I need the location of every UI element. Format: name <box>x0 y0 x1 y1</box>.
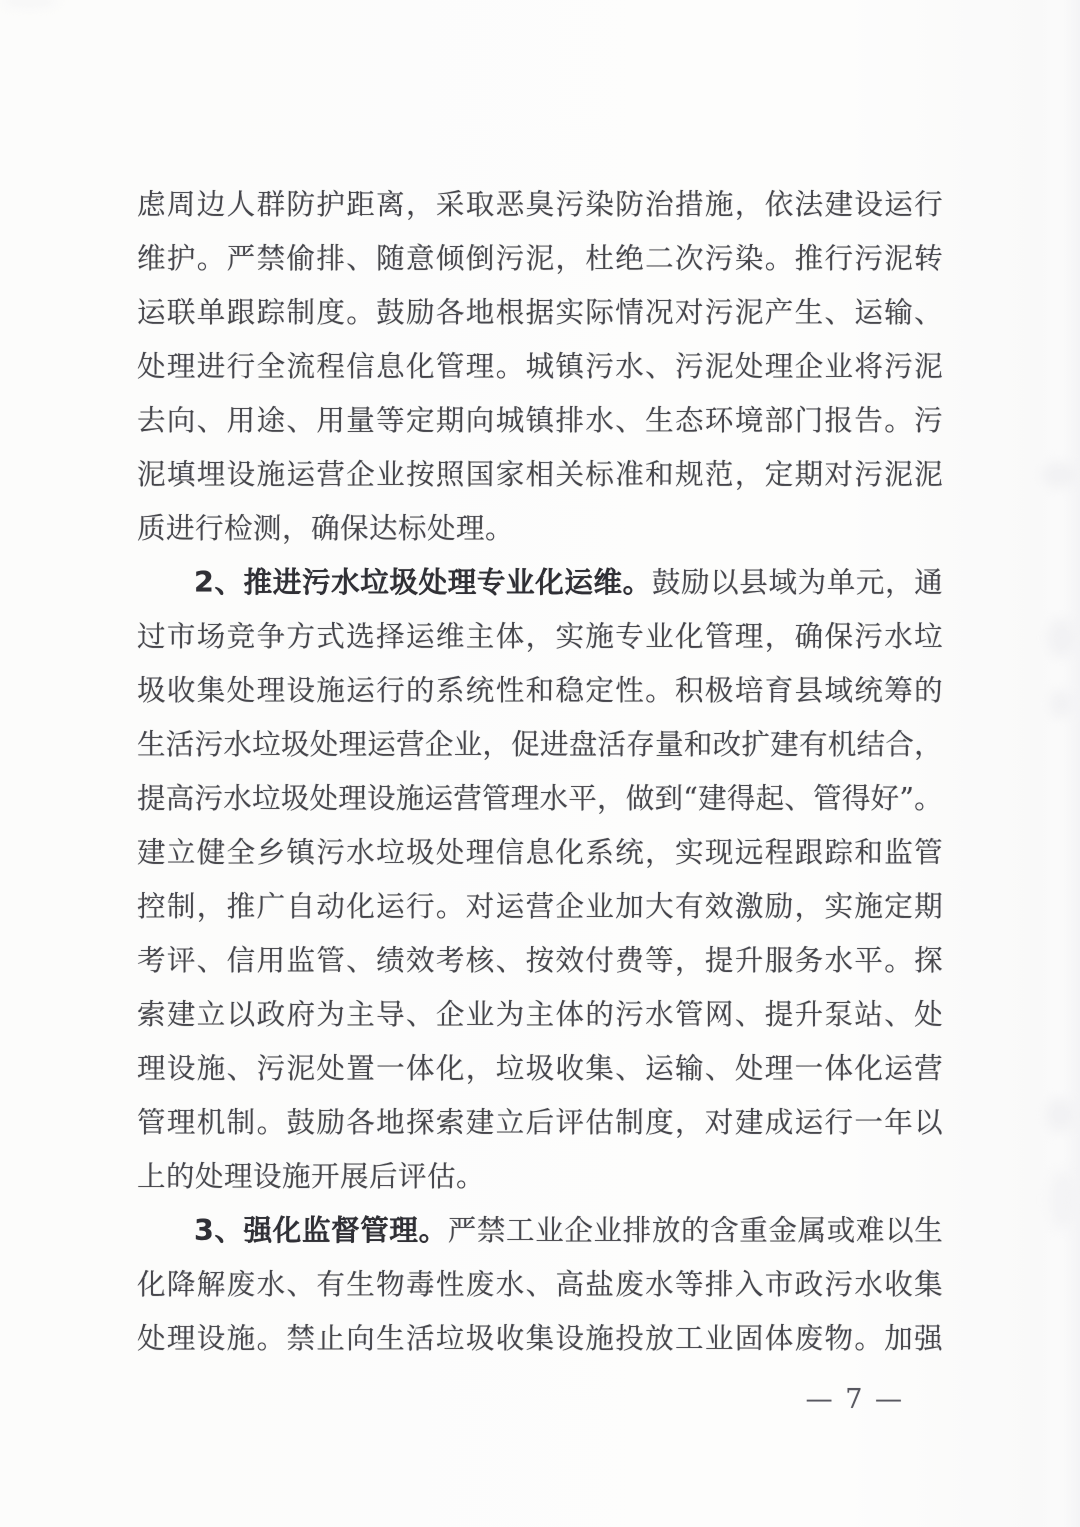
text-run: 上的处理设施开展后评估。 <box>137 1160 485 1193</box>
char: 好 <box>871 780 900 834</box>
char: 评 <box>167 942 196 996</box>
char: 县 <box>739 564 768 618</box>
text-line: 维护。严禁偷排、随意倾倒污泥，杜绝二次污染。推行污泥转 <box>137 240 943 294</box>
char: 废 <box>466 1266 495 1320</box>
char: 各 <box>346 1104 375 1158</box>
char: 重 <box>739 1212 768 1266</box>
char: 期 <box>914 888 943 942</box>
char: 照 <box>436 456 465 510</box>
char: 立 <box>197 996 226 1050</box>
char: 处 <box>735 348 764 402</box>
char: 为 <box>316 996 345 1050</box>
char: 地 <box>466 294 495 348</box>
char: 监 <box>884 834 913 888</box>
char: 对 <box>466 888 495 942</box>
page-number: — 7 — <box>137 1384 904 1415</box>
char: 意 <box>406 240 435 294</box>
scan-artifact <box>0 0 60 6</box>
char: 生 <box>914 1212 943 1266</box>
char: 期 <box>795 456 824 510</box>
char: ” <box>899 780 914 834</box>
char: ， <box>765 618 794 672</box>
bold-char: 垃 <box>360 564 389 618</box>
char: 争 <box>257 618 286 672</box>
char: 升 <box>735 942 764 996</box>
char: 和 <box>526 672 555 726</box>
char: ， <box>675 942 704 996</box>
bold-char: 污 <box>302 564 331 618</box>
bold-char: 处 <box>419 564 448 618</box>
char: 设 <box>854 186 883 240</box>
char: 营 <box>396 726 425 780</box>
char: 乡 <box>257 834 286 888</box>
bold-char: 监 <box>302 1212 331 1266</box>
char: 降 <box>167 1266 196 1320</box>
char: 运 <box>645 1050 674 1104</box>
char: 行 <box>406 888 435 942</box>
char: 联 <box>167 294 196 348</box>
char: 积 <box>675 672 704 726</box>
char: 理 <box>167 1320 196 1374</box>
char: 放 <box>645 1320 674 1374</box>
text-line: 管理机制。鼓励各地探索建立后评估制度，对建成运行一年以 <box>137 1104 943 1158</box>
char: 报 <box>824 402 853 456</box>
char: 排 <box>705 1266 734 1320</box>
scan-edge-shadow <box>1062 0 1080 1527</box>
char: 境 <box>735 402 764 456</box>
char: 严 <box>227 240 256 294</box>
char: 单 <box>197 294 226 348</box>
char: 一 <box>376 1050 405 1104</box>
char: 。 <box>914 780 943 834</box>
char: 实 <box>824 888 853 942</box>
bold-char: 业 <box>506 564 535 618</box>
char: 杜 <box>585 240 614 294</box>
char: 物 <box>824 1320 853 1374</box>
char: 府 <box>286 996 315 1050</box>
char: 实 <box>555 294 584 348</box>
char: 管 <box>675 996 704 1050</box>
char: 进 <box>540 726 569 780</box>
text-line: 去向、用途、用量等定期向城镇排水、生态环境部门报告。污 <box>137 402 943 456</box>
char: 距 <box>346 186 375 240</box>
char: 制 <box>167 888 196 942</box>
char: 鼓 <box>286 1104 315 1158</box>
char: 制 <box>227 1104 256 1158</box>
char: 污 <box>854 240 883 294</box>
char: 水 <box>884 618 913 672</box>
char: 励 <box>681 564 710 618</box>
char: 盘 <box>569 726 598 780</box>
char: 考 <box>137 942 166 996</box>
char: 升 <box>795 996 824 1050</box>
char: 远 <box>735 834 764 888</box>
char: 恶 <box>496 186 525 240</box>
char: 填 <box>167 456 196 510</box>
char: 确 <box>795 618 824 672</box>
char: 鼓 <box>376 294 405 348</box>
char: 处 <box>137 1320 166 1374</box>
char: 管 <box>914 834 943 888</box>
char: 度 <box>645 1104 674 1158</box>
text-line: 过市场竞争方式选择运维主体，实施专业化管理，确保污水垃 <box>137 618 943 672</box>
char: 施 <box>396 780 425 834</box>
char: 量 <box>655 726 684 780</box>
char: 行 <box>376 672 405 726</box>
char: 专 <box>615 618 644 672</box>
bold-char: 化 <box>273 1212 302 1266</box>
char: 业 <box>824 348 853 402</box>
char: 存 <box>626 726 655 780</box>
char: 属 <box>798 1212 827 1266</box>
char: 业 <box>705 1320 734 1374</box>
char: 采 <box>436 186 465 240</box>
char: 污 <box>615 996 644 1050</box>
char: 禁 <box>477 1212 506 1266</box>
char: 生 <box>346 1266 375 1320</box>
scan-artifact <box>1046 1098 1074 1132</box>
char: 设 <box>555 1320 584 1374</box>
char: 理 <box>765 348 794 402</box>
char: 设 <box>286 672 315 726</box>
char: 。 <box>257 1104 286 1158</box>
char: 周 <box>167 186 196 240</box>
char: 、 <box>645 348 674 402</box>
char: 化 <box>346 888 375 942</box>
char: 、 <box>227 1050 256 1104</box>
char: 行 <box>914 186 943 240</box>
char: 准 <box>615 456 644 510</box>
char: 防 <box>286 186 315 240</box>
char: 倒 <box>466 240 495 294</box>
char: 化 <box>137 1266 166 1320</box>
char: 处 <box>310 726 339 780</box>
char: 禁 <box>286 1320 315 1374</box>
char: 企 <box>555 888 584 942</box>
char: 收 <box>884 1266 913 1320</box>
body-text-block: 虑周边人群防护距离，采取恶臭污染防治措施，依法建设运行维护。严禁偷排、随意倾倒污… <box>137 186 943 1374</box>
char: 毒 <box>406 1266 435 1320</box>
char: 染 <box>585 186 614 240</box>
char: 收 <box>167 672 196 726</box>
scan-artifact <box>1048 618 1074 658</box>
char: 处 <box>227 672 256 726</box>
char: 治 <box>645 186 674 240</box>
char: 化 <box>406 348 435 402</box>
char: 。 <box>496 348 525 402</box>
char: 管 <box>137 1104 166 1158</box>
char: 育 <box>765 672 794 726</box>
char: 以 <box>914 1104 943 1158</box>
char: 健 <box>197 834 226 888</box>
char: 理 <box>137 1050 166 1104</box>
text-line: 索建立以政府为主导、企业为主体的污水管网、提升泵站、处 <box>137 996 943 1050</box>
char: 处 <box>316 1050 345 1104</box>
char: 、 <box>615 1050 644 1104</box>
char: 染 <box>735 240 764 294</box>
char: 、 <box>824 294 853 348</box>
char: 防 <box>615 186 644 240</box>
text-line: 建立健全乡镇污水垃圾处理信息化系统，实现远程跟踪和监管 <box>137 834 943 888</box>
char: 化 <box>555 834 584 888</box>
char: 运 <box>854 294 883 348</box>
char: 垃 <box>914 618 943 672</box>
text-line: 2、推进污水垃圾处理专业化运维。鼓励以县域为单元，通 <box>137 564 943 618</box>
bold-char: 2 <box>194 564 214 618</box>
char: 县 <box>795 672 824 726</box>
char: 地 <box>376 1104 405 1158</box>
bold-char: 理 <box>448 564 477 618</box>
char: 圾 <box>466 1320 495 1374</box>
text-line: 上的处理设施开展后评估。 <box>137 1158 943 1212</box>
char: 、 <box>197 942 226 996</box>
char: 难 <box>856 1212 885 1266</box>
char: 集 <box>914 1266 943 1320</box>
char: 理 <box>338 780 367 834</box>
char: 踪 <box>257 294 286 348</box>
char: 对 <box>675 294 704 348</box>
char: 。 <box>854 1320 883 1374</box>
char: 市 <box>765 1266 794 1320</box>
char: 严 <box>448 1212 477 1266</box>
char: 将 <box>854 348 883 402</box>
char: 施 <box>316 672 345 726</box>
char: 管 <box>436 348 465 402</box>
char: 运 <box>367 726 396 780</box>
char: 、 <box>346 942 375 996</box>
char: 服 <box>765 942 794 996</box>
char: 理 <box>167 348 196 402</box>
char: 运 <box>286 456 315 510</box>
char: 解 <box>197 1266 226 1320</box>
bold-char: 进 <box>273 564 302 618</box>
char: 体 <box>496 618 525 672</box>
char: 、 <box>346 240 375 294</box>
char: 期 <box>436 402 465 456</box>
char: 自 <box>286 888 315 942</box>
char: 施 <box>257 456 286 510</box>
bold-char: 化 <box>535 564 564 618</box>
char: 各 <box>436 294 465 348</box>
bold-char: 理 <box>389 1212 418 1266</box>
char: 网 <box>705 996 734 1050</box>
char: 维 <box>436 618 465 672</box>
char: 流 <box>286 348 315 402</box>
char: 改 <box>713 726 742 780</box>
char: 信 <box>496 834 525 888</box>
bold-char: 管 <box>360 1212 389 1266</box>
char: 处 <box>735 1050 764 1104</box>
char: 施 <box>585 1320 614 1374</box>
char: 、 <box>784 780 813 834</box>
char: 污 <box>854 618 883 672</box>
char: 的 <box>585 996 614 1050</box>
char: ， <box>197 888 226 942</box>
char: 索 <box>137 996 166 1050</box>
char: 用 <box>316 402 345 456</box>
char: 污 <box>854 456 883 510</box>
char: 垃 <box>496 1050 525 1104</box>
char: 或 <box>827 1212 856 1266</box>
char: 镇 <box>555 348 584 402</box>
char: 。 <box>436 888 465 942</box>
char: 、 <box>496 942 525 996</box>
char: 城 <box>496 402 525 456</box>
char: 水 <box>346 834 375 888</box>
char: 定 <box>406 402 435 456</box>
char: 物 <box>376 1266 405 1320</box>
char: 方 <box>286 618 315 672</box>
char: 得 <box>727 780 756 834</box>
char: 统 <box>615 834 644 888</box>
char: 运 <box>496 888 525 942</box>
char: 水 <box>615 348 644 402</box>
char: 费 <box>615 942 644 996</box>
char: 规 <box>675 456 704 510</box>
char: 现 <box>705 834 734 888</box>
text-line: 圾收集处理设施运行的系统性和稳定性。积极培育县域统筹的 <box>137 672 943 726</box>
char: 水 <box>223 780 252 834</box>
char: 家 <box>496 456 525 510</box>
char: 实 <box>555 618 584 672</box>
char: 集 <box>526 1320 555 1374</box>
char: 运 <box>425 780 454 834</box>
char: 后 <box>526 1104 555 1158</box>
char: 管 <box>813 780 842 834</box>
char: 护 <box>316 186 345 240</box>
char: 企 <box>795 348 824 402</box>
char: 部 <box>765 402 794 456</box>
char: 运 <box>795 1104 824 1158</box>
char: 导 <box>376 996 405 1050</box>
char: 转 <box>914 240 943 294</box>
char: 为 <box>798 564 827 618</box>
char: 运 <box>137 294 166 348</box>
char: 环 <box>705 402 734 456</box>
char: 评 <box>555 1104 584 1158</box>
scan-artifact <box>1042 462 1076 488</box>
char: 置 <box>346 1050 375 1104</box>
char: 营 <box>914 1050 943 1104</box>
char: 对 <box>824 456 853 510</box>
char: 污 <box>914 402 943 456</box>
text-line: 3、强化监督管理。严禁工业企业排放的含重金属或难以生 <box>137 1212 943 1266</box>
char: 推 <box>227 888 256 942</box>
char: 群 <box>257 186 286 240</box>
char: 水 <box>540 780 569 834</box>
char: 保 <box>824 618 853 672</box>
char: 定 <box>585 672 614 726</box>
char: 水 <box>496 1266 525 1320</box>
char: 倾 <box>436 240 465 294</box>
char: ， <box>735 456 764 510</box>
char: 收 <box>496 1320 525 1374</box>
char: 全 <box>227 834 256 888</box>
char: 推 <box>795 240 824 294</box>
char: ， <box>675 1104 704 1158</box>
char: 以 <box>885 1212 914 1266</box>
char: 工 <box>675 1320 704 1374</box>
char: 垃 <box>252 780 281 834</box>
char: 有 <box>675 888 704 942</box>
char: 主 <box>526 996 555 1050</box>
char: 、 <box>615 402 644 456</box>
char: 择 <box>376 618 405 672</box>
char: 水 <box>257 1266 286 1320</box>
char: 加 <box>615 888 644 942</box>
char: 圾 <box>526 1050 555 1104</box>
char: 高 <box>555 1266 584 1320</box>
char: 止 <box>316 1320 345 1374</box>
char: 等 <box>675 1266 704 1320</box>
bold-char: 、 <box>214 564 243 618</box>
char: 泥 <box>914 348 943 402</box>
char: 式 <box>316 618 345 672</box>
char: 水 <box>645 996 674 1050</box>
bold-char: 维 <box>594 564 623 618</box>
char: ， <box>466 1050 495 1104</box>
char: 广 <box>257 888 286 942</box>
char: 理 <box>466 834 495 888</box>
char: 。 <box>884 942 913 996</box>
char: 筹 <box>884 672 913 726</box>
char: 统 <box>854 672 883 726</box>
char: 输 <box>884 294 913 348</box>
char: 管 <box>705 618 734 672</box>
char: 全 <box>257 348 286 402</box>
char: 、 <box>526 1266 555 1320</box>
char: 标 <box>585 456 614 510</box>
char: 励 <box>316 1104 345 1158</box>
char: 业 <box>535 1212 564 1266</box>
char: 固 <box>735 1320 764 1374</box>
char: 鼓 <box>652 564 681 618</box>
char: 向 <box>167 402 196 456</box>
char: 排 <box>555 402 584 456</box>
char: 活 <box>598 726 627 780</box>
char: 主 <box>346 996 375 1050</box>
char: 禁 <box>257 240 286 294</box>
char: 行 <box>227 348 256 402</box>
char: 。 <box>346 294 375 348</box>
char: 制 <box>615 1104 644 1158</box>
char: 圾 <box>137 672 166 726</box>
char: 付 <box>585 942 614 996</box>
char: 收 <box>555 1050 584 1104</box>
char: 、 <box>735 996 764 1050</box>
char: 立 <box>496 1104 525 1158</box>
char: 统 <box>466 672 495 726</box>
char: 垃 <box>376 834 405 888</box>
char: 企 <box>346 456 375 510</box>
char: 化 <box>854 1050 883 1104</box>
char: 体 <box>824 1050 853 1104</box>
char: 次 <box>675 240 704 294</box>
char: 输 <box>675 1050 704 1104</box>
char: 营 <box>316 456 345 510</box>
char: 业 <box>585 888 614 942</box>
text-line: 质进行检测，确保达标处理。 <box>137 510 943 564</box>
char: 虑 <box>137 186 166 240</box>
char: 扩 <box>741 726 770 780</box>
char: 污 <box>585 348 614 402</box>
char: 行 <box>824 240 853 294</box>
char: 含 <box>710 1212 739 1266</box>
char: 护 <box>167 240 196 294</box>
bold-char: 圾 <box>389 564 418 618</box>
char: 一 <box>854 1104 883 1158</box>
char: 设 <box>367 780 396 834</box>
